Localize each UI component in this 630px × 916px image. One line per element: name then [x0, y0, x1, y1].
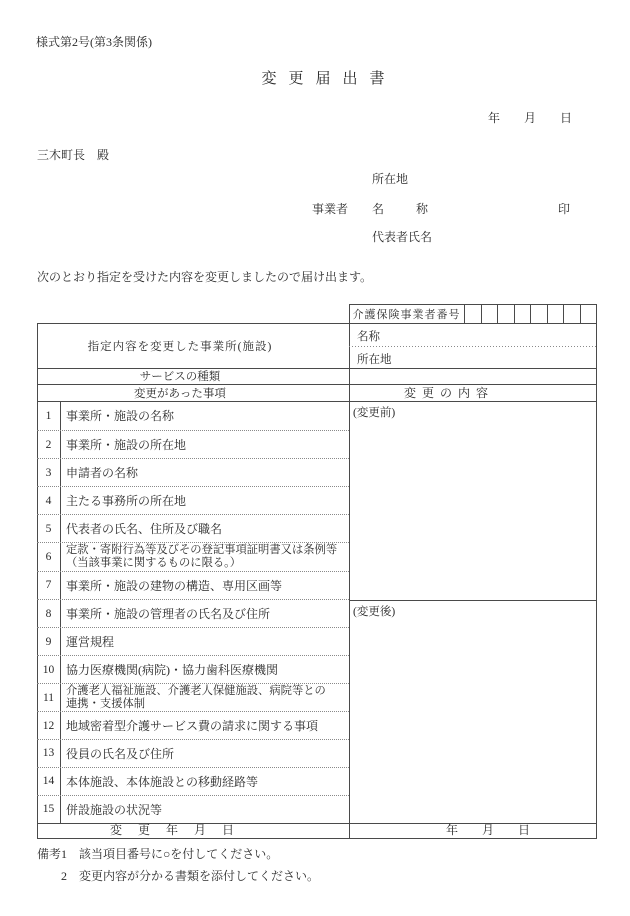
item-label: 役員の氏名及び住所 [61, 740, 349, 767]
office-name-value-area[interactable] [389, 324, 594, 345]
item-number[interactable]: 11 [37, 684, 61, 711]
item-number[interactable]: 2 [37, 431, 61, 458]
table-row: 15 併設施設の状況等 [37, 796, 349, 824]
table-row: 12 地域密着型介護サービス費の請求に関する事項 [37, 712, 349, 740]
item-number[interactable]: 10 [37, 656, 61, 683]
item-label: 事業所・施設の所在地 [61, 431, 349, 458]
item-number[interactable]: 12 [37, 712, 61, 739]
after-label: (変更後) [353, 603, 395, 619]
item-label: 申請者の名称 [61, 459, 349, 486]
before-label: (変更前) [353, 404, 395, 420]
item-number[interactable]: 8 [37, 600, 61, 627]
table-row: 9 運営規程 [37, 628, 349, 656]
changed-item-header: 変更があった事項 [134, 385, 226, 401]
applicant-entity-label: 事業者 [312, 200, 348, 217]
office-cell-label: 指定内容を変更した事業所(施設) [88, 338, 273, 354]
item-number[interactable]: 13 [37, 740, 61, 767]
table-border-line [37, 838, 597, 839]
item-label: 事業所・施設の建物の構造、専用区画等 [61, 572, 349, 600]
service-type-value-area[interactable] [350, 369, 595, 383]
item-number[interactable]: 14 [37, 768, 61, 795]
insurer-number-label: 介護保険事業者番号 [349, 304, 465, 323]
table-row: 13 役員の氏名及び住所 [37, 740, 349, 768]
table-row: 7 事業所・施設の建物の構造、専用区画等 [37, 572, 349, 601]
item-number[interactable]: 15 [37, 796, 61, 824]
change-content-header-cell: 変更の内容 [349, 384, 597, 401]
page-title: 変更届出書 [0, 67, 630, 88]
insurer-number-row: 介護保険事業者番号 [349, 304, 596, 323]
table-row: 1 事業所・施設の名称 [37, 401, 349, 431]
applicant-address-label: 所在地 [372, 170, 408, 187]
insurer-number-cell[interactable] [548, 304, 565, 323]
service-type-label: サービスの種類 [140, 368, 221, 384]
item-label: 事業所・施設の名称 [61, 401, 349, 430]
item-number[interactable]: 5 [37, 515, 61, 542]
table-row: 4 主たる事務所の所在地 [37, 487, 349, 515]
declaration-text: 次のとおり指定を受けた内容を変更しましたので届け出ます。 [37, 268, 372, 285]
item-label: 定款・寄附行為等及びその登記事項証明書又は条例等（当該事業に関するものに限る。） [61, 543, 349, 571]
form-number: 様式第2号(第3条関係) [36, 33, 152, 50]
item-label: 運営規程 [61, 628, 349, 655]
item-label: 協力医療機関(病院)・協力歯科医療機関 [61, 656, 349, 683]
item-number[interactable]: 3 [37, 459, 61, 486]
insurer-number-cell[interactable] [531, 304, 548, 323]
change-content-header: 変更の内容 [349, 384, 494, 401]
table-row: 2 事業所・施設の所在地 [37, 431, 349, 459]
item-number[interactable]: 6 [37, 543, 61, 571]
table-row: 11 介護老人福祉施設、介護老人保健施設、病院等との連携・支援体制 [37, 684, 349, 712]
insurer-number-cells [465, 304, 596, 323]
applicant-name-label: 名 称 [372, 200, 438, 217]
service-type-cell: サービスの種類 [37, 368, 349, 384]
change-date-value-cell[interactable]: 年 月 日 [349, 823, 597, 838]
insurer-number-cell[interactable] [498, 304, 515, 323]
items-rows: 1 事業所・施設の名称 2 事業所・施設の所在地 3 申請者の名称 4 主たる事… [37, 401, 349, 823]
table-row: 3 申請者の名称 [37, 459, 349, 487]
note-line-2: 2 変更内容が分かる書類を添付してください。 [61, 867, 319, 884]
applicant-representative-label: 代表者氏名 [372, 228, 432, 245]
insurer-number-cell[interactable] [482, 304, 499, 323]
item-label: 代表者の氏名、住所及び職名 [61, 515, 349, 542]
insurer-number-cell[interactable] [515, 304, 532, 323]
table-row: 10 協力医療機関(病院)・協力歯科医療機関 [37, 656, 349, 684]
item-label: 併設施設の状況等 [61, 796, 349, 824]
table-row: 6 定款・寄附行為等及びその登記事項証明書又は条例等（当該事業に関するものに限る… [37, 543, 349, 572]
office-cell: 指定内容を変更した事業所(施設) [37, 323, 349, 368]
table-row: 5 代表者の氏名、住所及び職名 [37, 515, 349, 543]
seal-mark: 印 [558, 200, 570, 217]
form-page: 様式第2号(第3条関係) 変更届出書 年 月 日 三木町長 殿 所在地 事業者 … [0, 0, 630, 916]
changed-item-header-cell: 変更があった事項 [37, 384, 349, 401]
date-line[interactable]: 年 月 日 [488, 109, 572, 126]
change-table: 介護保険事業者番号 指定内容を変更した事業所(施設) 名称 所在地 サービスの種… [37, 304, 597, 839]
office-address-value-area[interactable] [389, 347, 594, 367]
addressee: 三木町長 殿 [37, 146, 109, 163]
item-label: 地域密着型介護サービス費の請求に関する事項 [61, 712, 349, 739]
item-number[interactable]: 7 [37, 572, 61, 600]
item-number[interactable]: 1 [37, 401, 61, 430]
before-content-area[interactable]: (変更前) [350, 401, 596, 600]
item-label: 介護老人福祉施設、介護老人保健施設、病院等との連携・支援体制 [61, 684, 349, 711]
note-line-1: 備考1 該当項目番号に○を付してください。 [37, 845, 278, 862]
change-date-label-cell: 変更年月日 [37, 823, 349, 838]
insurer-number-cell[interactable] [465, 304, 482, 323]
office-name-label: 名称 [357, 328, 380, 344]
item-label: 本体施設、本体施設との移動経路等 [61, 768, 349, 795]
table-row: 8 事業所・施設の管理者の氏名及び住所 [37, 600, 349, 628]
insurer-number-cell[interactable] [581, 304, 597, 323]
item-number[interactable]: 9 [37, 628, 61, 655]
table-row: 14 本体施設、本体施設との移動経路等 [37, 768, 349, 796]
change-date-value: 年 月 日 [349, 823, 530, 838]
insurer-number-cell[interactable] [564, 304, 581, 323]
office-address-label: 所在地 [357, 351, 392, 367]
item-label: 主たる事務所の所在地 [61, 487, 349, 514]
after-content-area[interactable]: (変更後) [350, 601, 596, 823]
item-label: 事業所・施設の管理者の氏名及び住所 [61, 600, 349, 627]
change-date-label: 変更年月日 [110, 823, 250, 838]
item-number[interactable]: 4 [37, 487, 61, 514]
